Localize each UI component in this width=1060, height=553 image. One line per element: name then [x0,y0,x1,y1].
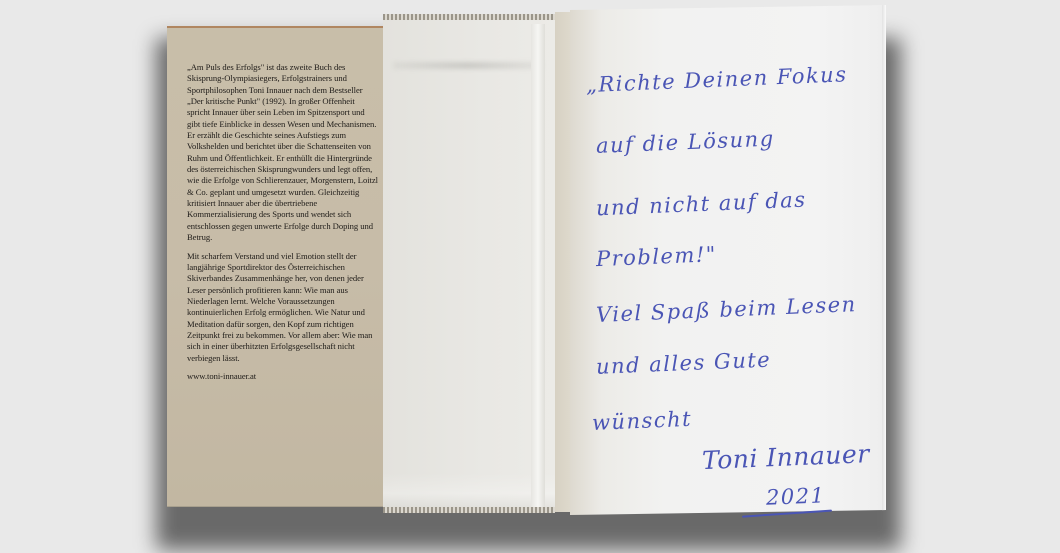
flap-blurb: „Am Puls des Erfolgs" ist das zweite Buc… [187,62,379,389]
inscription-line-6: und alles Gute [596,348,772,379]
inscription-year: 2021 [766,483,826,509]
inscription-line-5: Viel Spaß beim Lesen [596,292,857,327]
board-smudge [393,62,543,69]
board-bottom-band [383,473,555,507]
author-website: www.toni-innauer.at [187,371,379,382]
cover-inner-board [383,14,555,513]
board-fold [531,24,545,507]
blurb-paragraph-2: Mit scharfem Verstand und viel Emotion s… [187,251,379,364]
inscription-line-7: wünscht [592,407,693,435]
inscription-line-4: Problem!" [596,242,718,271]
dust-jacket-flap: „Am Puls des Erfolgs" ist das zweite Buc… [167,26,383,507]
inscription-line-3: und nicht auf das [596,188,807,221]
blurb-paragraph-1: „Am Puls des Erfolgs" ist das zweite Buc… [187,62,379,244]
author-signature: Toni Innauer [702,439,870,475]
inscription-line-2: auf die Lösung [596,126,775,157]
handwritten-dedication: „Richte Deinen Fokus auf die Lösung und … [570,5,886,515]
open-book-photo: „Am Puls des Erfolgs" ist das zweite Buc… [0,0,1060,553]
title-page-with-inscription: „Richte Deinen Fokus auf die Lösung und … [570,5,886,515]
inscription-line-1: „Richte Deinen Fokus [586,62,848,97]
